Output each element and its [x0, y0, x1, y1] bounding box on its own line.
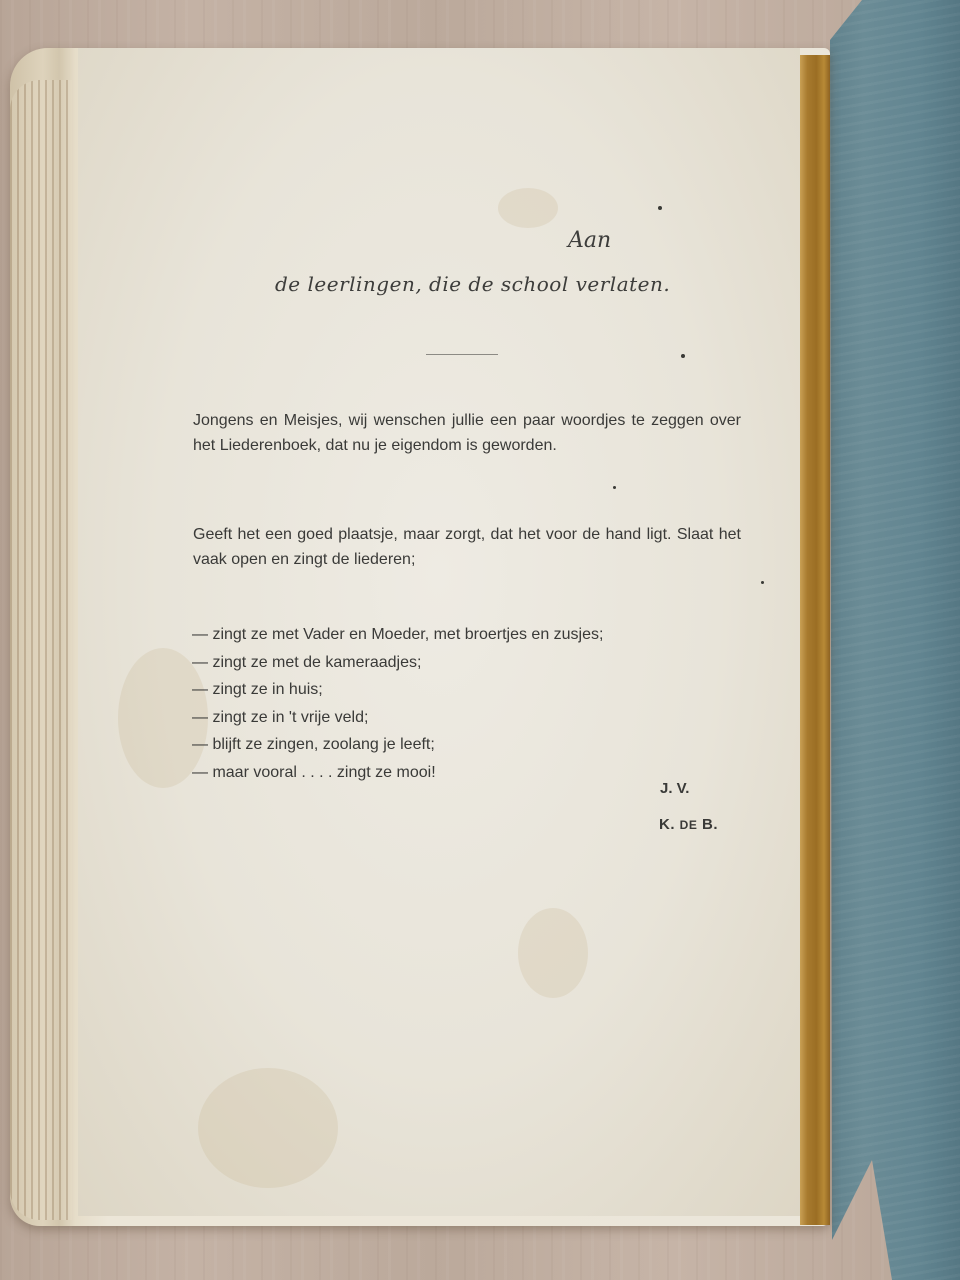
signature-jv: J. V.: [660, 780, 689, 797]
page-text: Aan de leerlingen, die de school verlate…: [78, 48, 800, 1216]
list-item: — blijft ze zingen, zoolang je leeft;: [192, 731, 603, 759]
page-edges: [10, 80, 72, 1220]
list-item: — zingt ze in huis;: [192, 676, 603, 704]
heading-aan: Aan: [568, 228, 611, 253]
sing-list: — zingt ze met Vader en Moeder, met broe…: [192, 621, 603, 786]
list-item: — zingt ze in 't vrije veld;: [192, 704, 603, 732]
gilt-page-edge: [800, 55, 830, 1225]
divider-rule: [426, 354, 498, 355]
paragraph-intro: Jongens en Meisjes, wij wenschen jullie …: [193, 408, 741, 458]
list-item: — zingt ze met de kameraadjes;: [192, 649, 603, 677]
paragraph-instructions: Geeft het een goed plaatsje, maar zorgt,…: [193, 522, 741, 572]
book-cover-blue: [822, 0, 960, 1280]
list-item: — zingt ze met Vader en Moeder, met broe…: [192, 621, 603, 649]
signature-kdeb: K. DE B.: [659, 816, 718, 833]
ink-speck: [681, 354, 685, 358]
dedication-page: Aan de leerlingen, die de school verlate…: [78, 48, 800, 1216]
list-item: — maar vooral . . . . zingt ze mooi!: [192, 759, 603, 787]
signature-initial: K.: [659, 816, 675, 833]
ink-speck: [761, 581, 764, 584]
cover-texture: [822, 0, 960, 1280]
heading-dedication: de leerlingen, die de school verlaten.: [275, 272, 670, 296]
ink-speck: [658, 206, 662, 210]
signature-smallcaps: DE: [680, 818, 698, 832]
signature-suffix: B.: [702, 816, 718, 833]
ink-speck: [613, 486, 616, 489]
